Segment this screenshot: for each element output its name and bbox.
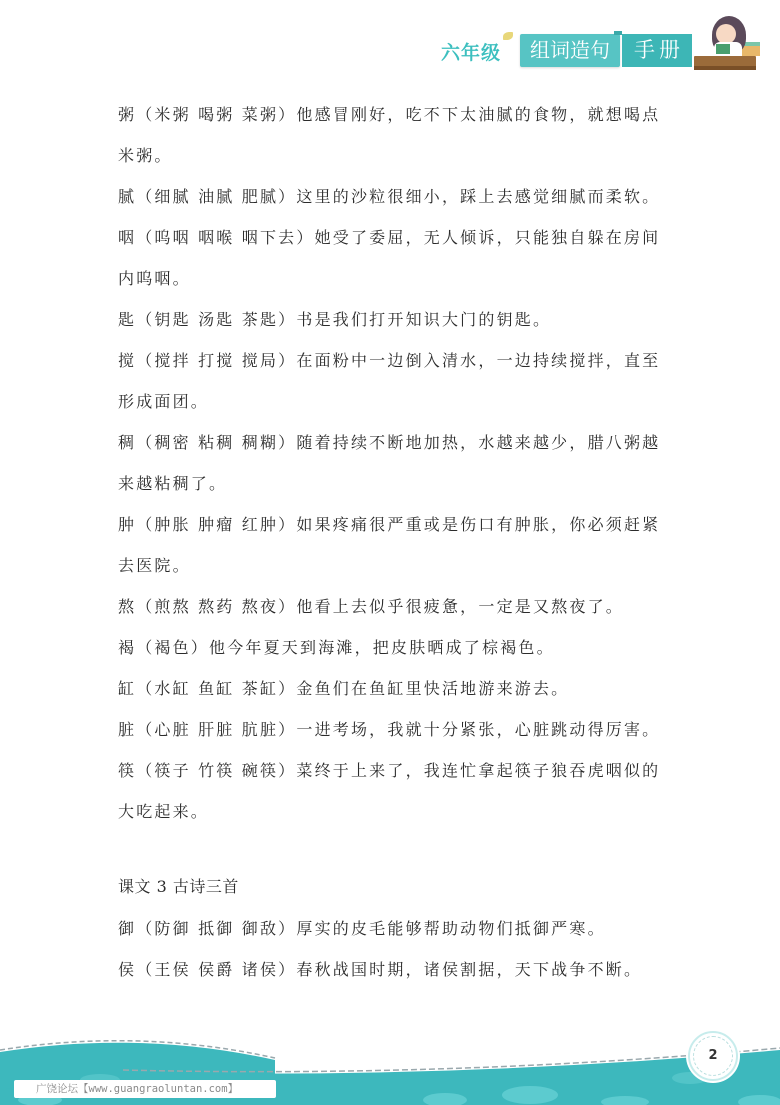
- girl-face-icon: [716, 24, 736, 44]
- page-number: 2: [690, 1033, 736, 1079]
- entry-line: 粥（米粥 喝粥 菜粥）他感冒刚好，吃不下太油腻的食物，就想喝点: [118, 105, 660, 125]
- entry-line: 腻（细腻 油腻 肥腻）这里的沙粒很细小，踩上去感觉细腻而柔软。: [118, 187, 660, 207]
- entry-line: 稠（稠密 粘稠 稠糊）随着持续不断地加热，水越来越少，腊八粥越: [118, 433, 660, 453]
- entry-line: 形成面团。: [118, 392, 209, 412]
- grade-label: 六年级: [441, 38, 501, 65]
- entry-line: 缸（水缸 鱼缸 茶缸）金鱼们在鱼缸里快活地游来游去。: [118, 679, 569, 699]
- books-icon: [742, 46, 760, 56]
- entry-line: 筷（筷子 竹筷 碗筷）菜终于上来了，我连忙拿起筷子狼吞虎咽似的: [118, 761, 660, 781]
- entry-line: 大吃起来。: [118, 802, 209, 822]
- watermark-label: 广饶论坛【www.guangraoluntan.com】: [14, 1080, 276, 1098]
- entry-line: 来越粘稠了。: [118, 474, 227, 494]
- entry-line: 内呜咽。: [118, 269, 191, 289]
- banner-title: 组词造句: [520, 34, 620, 67]
- entry-line: 咽（呜咽 咽喉 咽下去）她受了委屈，无人倾诉，只能独自躲在房间: [118, 228, 660, 248]
- entry-line: 御（防御 抵御 御敌）厚实的皮毛能够帮助动物们抵御严寒。: [118, 919, 606, 939]
- entry-line: 褐（褐色）他今年夏天到海滩，把皮肤晒成了棕褐色。: [118, 638, 555, 658]
- page-header: 六年级 组词造句 手册: [0, 0, 780, 80]
- leaf-icon: [503, 32, 513, 40]
- entry-line: 肿（肿胀 肿瘤 红肿）如果疼痛很严重或是伤口有肿胀，你必须赶紧: [118, 515, 660, 535]
- entry-line: 熬（煎熬 熬药 熬夜）他看上去似乎很疲惫，一定是又熬夜了。: [118, 597, 624, 617]
- entry-line: 侯（王侯 侯爵 诸侯）春秋战国时期，诸侯割据，天下战争不断。: [118, 960, 642, 980]
- banner-subtitle: 手册: [622, 34, 692, 67]
- entry-line: 去医院。: [118, 556, 191, 576]
- page-number-badge: 2: [688, 1031, 738, 1081]
- book-icon: [716, 44, 730, 54]
- entry-line: 米粥。: [118, 146, 173, 166]
- desk-icon: [694, 56, 756, 68]
- entry-line: 匙（钥匙 汤匙 茶匙）书是我们打开知识大门的钥匙。: [118, 310, 551, 330]
- entry-line: 搅（搅拌 打搅 搅局）在面粉中一边倒入清水，一边持续搅拌，直至: [118, 351, 660, 371]
- section-title: 课文 3 古诗三首: [118, 877, 239, 897]
- entry-line: 脏（心脏 肝脏 肮脏）一进考场，我就十分紧张，心脏跳动得厉害。: [118, 720, 660, 740]
